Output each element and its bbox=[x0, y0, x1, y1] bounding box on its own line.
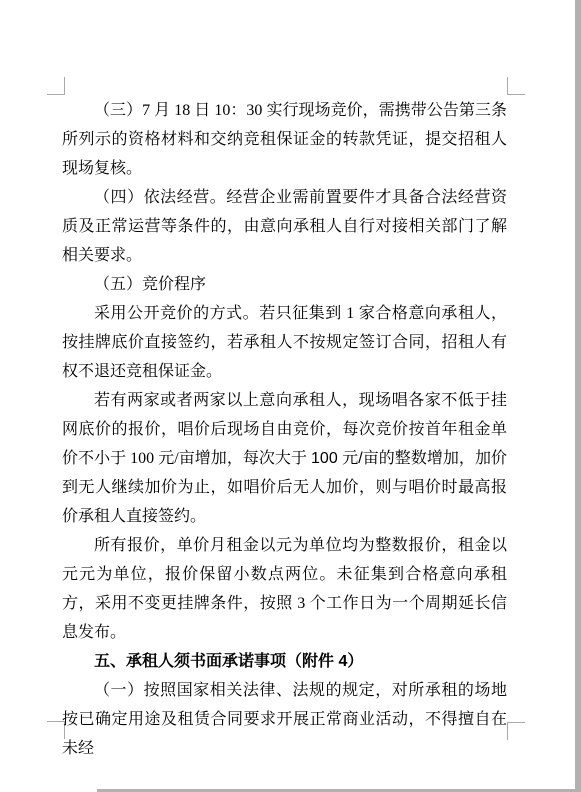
paragraph-clause-4: （四）依法经营。经营企业需前置要件才具备合法经营资质及正常运营等条件的，由意向承… bbox=[62, 183, 507, 270]
body-text: （三）7 月 18 日 10：30 实行现场竞价，需携带公告第三条所列示的资格材… bbox=[62, 96, 507, 763]
paragraph-bidding-method: 采用公开竞价的方式。若只征集到 1 家合格意向承租人，按挂牌底价直接签约，若承租… bbox=[62, 299, 507, 386]
bidding-rules-price-increment: 100 元/亩 bbox=[311, 450, 379, 467]
text-boundary-mark-top-right bbox=[507, 77, 525, 95]
paragraph-bidding-rules: 若有两家或者两家以上意向承租人，现场唱各家不低于挂网底价的报价，唱价后现场自由竞… bbox=[62, 386, 507, 531]
paragraph-clause-5-title: （五）竞价程序 bbox=[62, 270, 507, 299]
paragraph-commitment-1: （一）按照国家相关法律、法规的规定，对所承租的场地按已确定用途及租赁合同要求开展… bbox=[62, 676, 507, 763]
section-5-heading: 五、承租人须书面承诺事项（附件 4） bbox=[62, 647, 507, 676]
paragraph-quotation-rules: 所有报价，单价月租金以元为单位均为整数报价，租金以元元为单位，报价保留小数点两位… bbox=[62, 531, 507, 647]
document-page: （三）7 月 18 日 10：30 实行现场竞价，需携带公告第三条所列示的资格材… bbox=[0, 0, 581, 792]
text-boundary-mark-top-left bbox=[47, 77, 65, 95]
text-boundary-mark-bottom-right bbox=[507, 722, 525, 740]
page-right-edge-shadow bbox=[575, 0, 581, 792]
paragraph-clause-3: （三）7 月 18 日 10：30 实行现场竞价，需携带公告第三条所列示的资格材… bbox=[62, 96, 507, 183]
